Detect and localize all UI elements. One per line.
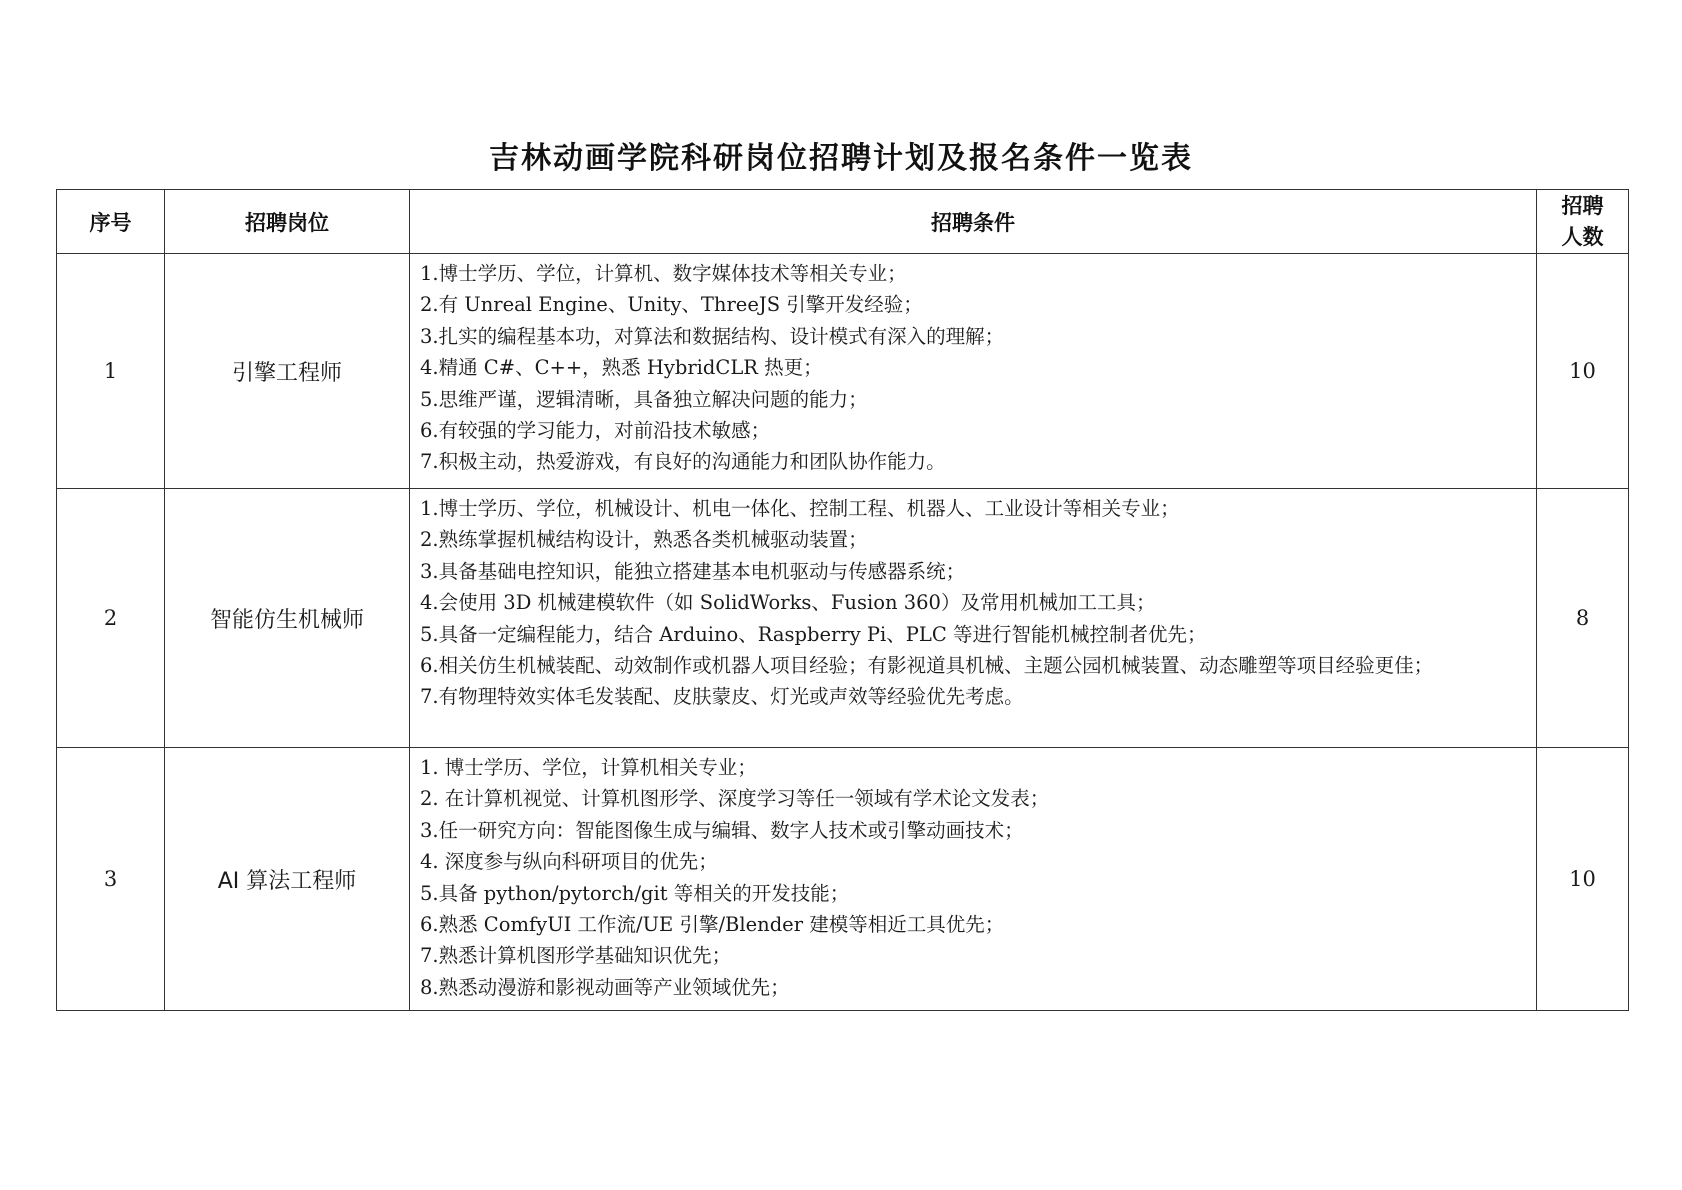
requirement-item: 3.任一研究方向：智能图像生成与编辑、数字人技术或引擎动画技术； (420, 815, 1526, 846)
requirement-item: 1.博士学历、学位，机械设计、机电一体化、控制工程、机器人、工业设计等相关专业； (420, 493, 1526, 524)
document-title: 吉林动画学院科研岗位招聘计划及报名条件一览表 (0, 133, 1682, 177)
requirement-item: 3.扎实的编程基本功，对算法和数据结构、设计模式有深入的理解； (420, 321, 1526, 352)
requirement-item: 2.熟练掌握机械结构设计，熟悉各类机械驱动装置； (420, 524, 1526, 555)
row-count: 10 (1537, 254, 1629, 489)
header-count-line2: 人数 (1562, 225, 1604, 249)
requirement-item: 5.具备一定编程能力，结合 Arduino、Raspberry Pi、PLC 等… (420, 619, 1526, 650)
header-count-line1: 招聘 (1562, 194, 1604, 218)
table-row: 1 引擎工程师 1.博士学历、学位，计算机、数字媒体技术等相关专业； 2.有 U… (57, 254, 1629, 489)
row-index: 2 (57, 489, 165, 748)
requirement-item: 2.有 Unreal Engine、Unity、ThreeJS 引擎开发经验； (420, 289, 1526, 320)
requirement-item: 4.精通 C#、C++，熟悉 HybridCLR 热更； (420, 352, 1526, 383)
header-position: 招聘岗位 (165, 190, 410, 254)
requirement-item: 4.会使用 3D 机械建模软件（如 SolidWorks、Fusion 360）… (420, 587, 1526, 618)
requirement-item: 7.有物理特效实体毛发装配、皮肤蒙皮、灯光或声效等经验优先考虑。 (420, 681, 1526, 712)
row-requirements: 1. 博士学历、学位，计算机相关专业； 2. 在计算机视觉、计算机图形学、深度学… (410, 748, 1537, 1011)
row-requirements: 1.博士学历、学位，计算机、数字媒体技术等相关专业； 2.有 Unreal En… (410, 254, 1537, 489)
header-requirements: 招聘条件 (410, 190, 1537, 254)
requirement-item: 6.有较强的学习能力，对前沿技术敏感； (420, 415, 1526, 446)
header-count: 招聘 人数 (1537, 190, 1629, 254)
requirement-item: 1. 博士学历、学位，计算机相关专业； (420, 752, 1526, 783)
requirement-item: 6.熟悉 ComfyUI 工作流/UE 引擎/Blender 建模等相近工具优先… (420, 909, 1526, 940)
requirement-item: 2. 在计算机视觉、计算机图形学、深度学习等任一领域有学术论文发表； (420, 783, 1526, 814)
recruitment-table: 序号 招聘岗位 招聘条件 招聘 人数 1 引擎工程师 1.博士学历、学位，计算机… (56, 189, 1629, 1011)
table-row: 2 智能仿生机械师 1.博士学历、学位，机械设计、机电一体化、控制工程、机器人、… (57, 489, 1629, 748)
row-position: 引擎工程师 (165, 254, 410, 489)
requirement-item: 4. 深度参与纵向科研项目的优先； (420, 846, 1526, 877)
row-index: 1 (57, 254, 165, 489)
table-header-row: 序号 招聘岗位 招聘条件 招聘 人数 (57, 190, 1629, 254)
requirement-item: 7.熟悉计算机图形学基础知识优先； (420, 940, 1526, 971)
row-position: AI 算法工程师 (165, 748, 410, 1011)
row-position: 智能仿生机械师 (165, 489, 410, 748)
requirement-item: 3.具备基础电控知识，能独立搭建基本电机驱动与传感器系统； (420, 556, 1526, 587)
table-row: 3 AI 算法工程师 1. 博士学历、学位，计算机相关专业； 2. 在计算机视觉… (57, 748, 1629, 1011)
row-count: 8 (1537, 489, 1629, 748)
requirement-item: 6.相关仿生机械装配、动效制作或机器人项目经验；有影视道具机械、主题公园机械装置… (420, 650, 1526, 681)
requirement-item: 8.熟悉动漫游和影视动画等产业领域优先； (420, 972, 1526, 1003)
requirement-item: 5.思维严谨，逻辑清晰，具备独立解决问题的能力； (420, 384, 1526, 415)
row-count: 10 (1537, 748, 1629, 1011)
requirement-item: 5.具备 python/pytorch/git 等相关的开发技能； (420, 878, 1526, 909)
row-index: 3 (57, 748, 165, 1011)
requirement-item: 7.积极主动，热爱游戏，有良好的沟通能力和团队协作能力。 (420, 446, 1526, 477)
requirement-item: 1.博士学历、学位，计算机、数字媒体技术等相关专业； (420, 258, 1526, 289)
row-requirements: 1.博士学历、学位，机械设计、机电一体化、控制工程、机器人、工业设计等相关专业；… (410, 489, 1537, 748)
header-index: 序号 (57, 190, 165, 254)
